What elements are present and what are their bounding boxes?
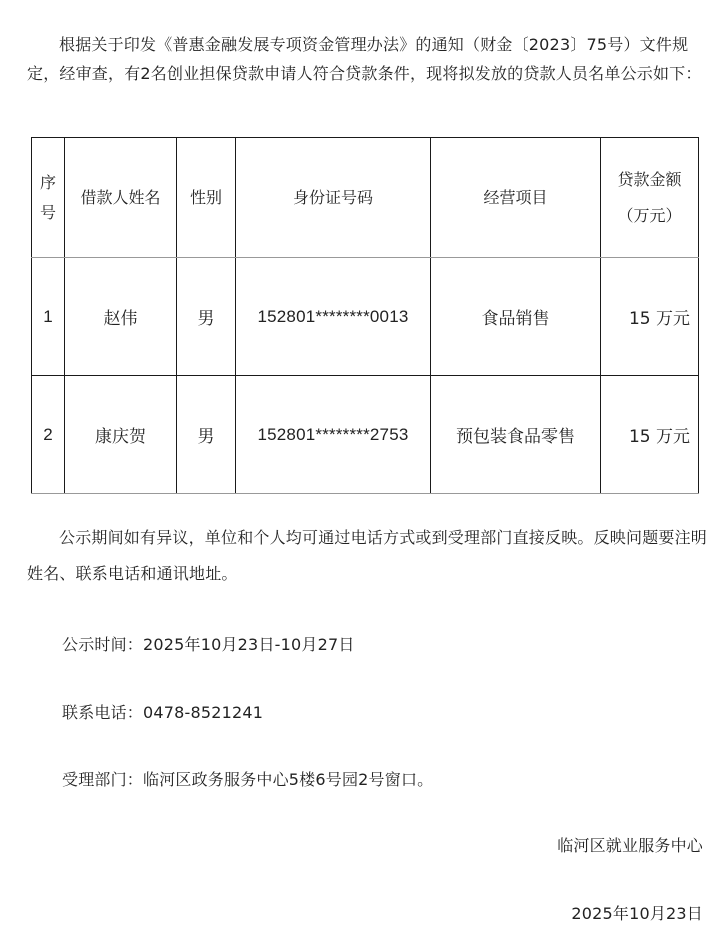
row-gender: 男 [177,376,236,494]
row-amount: 15 万元 [601,258,699,376]
row-index: 1 [32,258,65,376]
row-business: 预包装食品零售 [431,376,601,494]
table-row: 2 康庆贺 男 152801********2753 预包装食品零售 15 万元 [32,376,699,494]
header-id-number: 身份证号码 [236,138,431,258]
signature-date: 2025年10月23日 [571,901,703,924]
signature-organization: 临河区就业服务中心 [557,833,703,856]
row-name: 赵伟 [65,258,177,376]
header-name: 借款人姓名 [65,138,177,258]
table-row: 1 赵伟 男 152801********0013 食品销售 15 万元 [32,258,699,376]
row-gender: 男 [177,258,236,376]
loan-recipient-table: 序号 借款人姓名 性别 身份证号码 经营项目 贷款金额 （万元） 1 赵伟 男 … [31,137,699,494]
row-amount: 15 万元 [601,376,699,494]
table-header-row: 序号 借款人姓名 性别 身份证号码 经营项目 贷款金额 （万元） [32,138,699,258]
intro-paragraph: 根据关于印发《普惠金融发展专项资金管理办法》的通知（财金〔2023〕75号）文件… [27,30,707,88]
accepting-department: 受理部门：临河区政务服务中心5楼6号园2号窗口。 [62,767,433,790]
row-business: 食品销售 [431,258,601,376]
header-index: 序号 [32,138,65,258]
row-id-number: 152801********2753 [236,376,431,494]
header-index-label: 序号 [40,168,56,228]
row-name: 康庆贺 [65,376,177,494]
objection-note: 公示期间如有异议，单位和个人均可通过电话方式或到受理部门直接反映。反映问题要注明… [27,520,707,592]
row-index: 2 [32,376,65,494]
header-gender: 性别 [177,138,236,258]
row-id-number: 152801********0013 [236,258,431,376]
header-amount: 贷款金额 （万元） [601,138,699,258]
header-business: 经营项目 [431,138,601,258]
header-amount-line1: 贷款金额 [601,165,698,195]
header-amount-line2: （万元） [601,201,698,231]
publicity-period: 公示时间：2025年10月23日-10月27日 [62,632,355,655]
contact-phone: 联系电话：0478-8521241 [62,700,263,723]
